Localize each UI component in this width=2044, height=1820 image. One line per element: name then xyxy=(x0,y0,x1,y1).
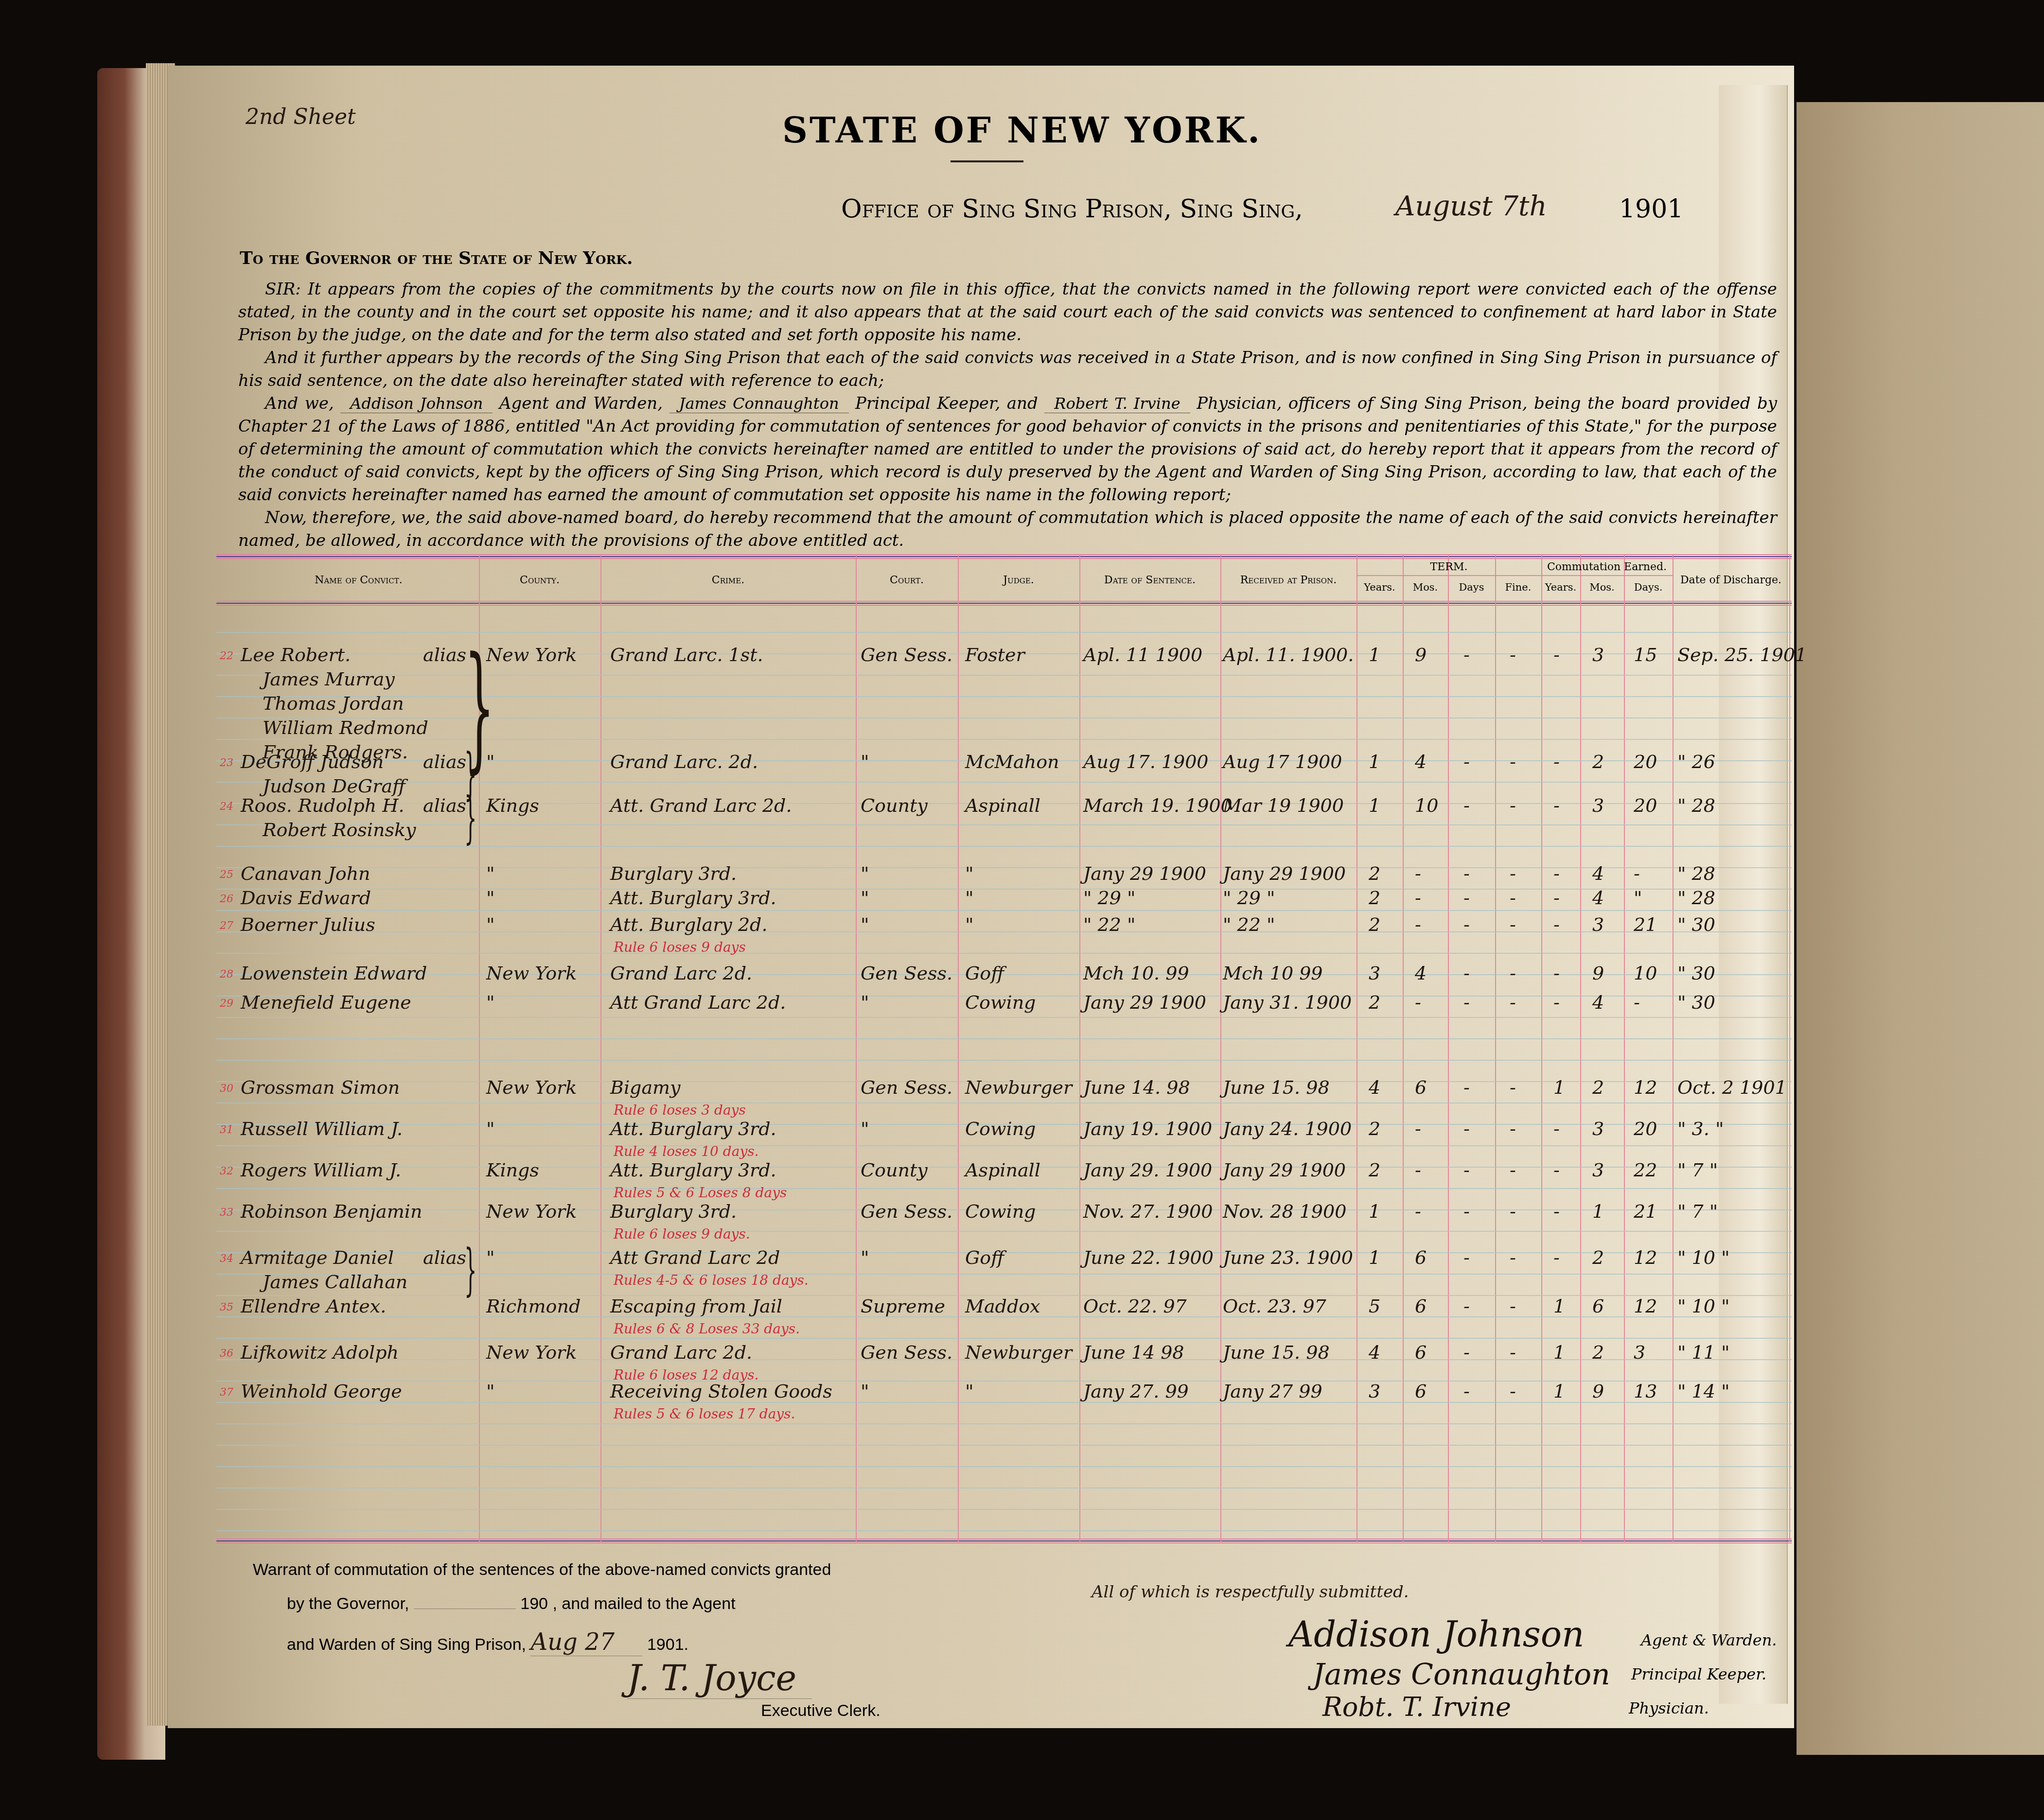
column-rule xyxy=(600,555,601,1542)
cell-court: " xyxy=(861,751,869,772)
cell-c-mos: 3 xyxy=(1592,795,1604,816)
cell-t-mos: 10 xyxy=(1415,795,1438,816)
cell-t-years: 4 xyxy=(1369,1342,1380,1363)
cell-t-fine: - xyxy=(1510,1077,1516,1098)
cell-c-years: - xyxy=(1553,1118,1560,1139)
column-rule xyxy=(1079,555,1080,1542)
physician-name-inline: Robert T. Irvine xyxy=(1044,394,1190,413)
column-rule xyxy=(1580,555,1581,1542)
warrant-line-1: Warrant of commutation of the sentences … xyxy=(253,1560,831,1579)
cell-judge: Aspinall xyxy=(965,1159,1040,1181)
agent-name-inline: Addison Johnson xyxy=(340,394,493,413)
cell-sentenced: Jany 29 1900 xyxy=(1083,992,1206,1013)
cell-c-years: 1 xyxy=(1553,1295,1565,1317)
cell-c-years: - xyxy=(1553,644,1560,665)
row-rule xyxy=(216,1231,1792,1232)
cell-t-days: - xyxy=(1463,962,1470,984)
preamble-p3-b: Agent and Warden, xyxy=(499,394,663,413)
cell-judge: Cowing xyxy=(965,1201,1036,1222)
cell-sentenced: Aug 17. 1900 xyxy=(1083,751,1209,772)
preamble-p4: Now, therefore, we, the said above-named… xyxy=(238,507,1777,552)
header-crime: Crime. xyxy=(600,560,856,600)
row-rule xyxy=(216,1017,1792,1018)
row-rule xyxy=(216,1487,1792,1488)
cell-county: " xyxy=(486,1381,494,1402)
cell-judge: Maddox xyxy=(965,1295,1040,1317)
alias-label: alias xyxy=(423,795,466,816)
cell-crime: Att. Grand Larc 2d. xyxy=(610,795,792,816)
alias-brace: } xyxy=(464,790,477,846)
header-date-of-sentence: Date of Sentence. xyxy=(1079,560,1220,600)
cell-t-fine: - xyxy=(1510,992,1516,1013)
cell-c-years: - xyxy=(1553,795,1560,816)
cell-t-days: - xyxy=(1463,1118,1470,1139)
cell-t-mos: - xyxy=(1415,914,1421,935)
cell-discharge: " 30 xyxy=(1677,914,1715,935)
cell-c-mos: 2 xyxy=(1592,1342,1604,1363)
conduct-note: Rule 6 loses 9 days xyxy=(614,939,746,955)
cell-t-years: 2 xyxy=(1369,1118,1380,1139)
cell-c-mos: 3 xyxy=(1592,644,1604,665)
cell-county: " xyxy=(486,914,494,935)
cell-received: " 29 " xyxy=(1223,887,1275,909)
header-comm-days: Days. xyxy=(1624,576,1673,598)
cell-t-fine: - xyxy=(1510,1159,1516,1181)
cell-c-days: " xyxy=(1634,887,1642,909)
cell-county: New York xyxy=(486,1342,577,1363)
cell-c-years: - xyxy=(1553,992,1560,1013)
cell-c-mos: 4 xyxy=(1592,887,1604,909)
cell-sentenced: March 19. 1900 xyxy=(1083,795,1233,816)
convict-name: DeGroff Judson xyxy=(241,751,384,772)
cell-sentenced: Jany 29. 1900 xyxy=(1083,1159,1212,1181)
cell-discharge: " 7 " xyxy=(1677,1201,1718,1222)
preamble-p3: And we, Addison Johnson Agent and Warden… xyxy=(238,392,1777,507)
column-rule xyxy=(856,555,857,1542)
alias-name: William Redmond xyxy=(263,717,428,738)
row-rule xyxy=(216,953,1792,954)
cell-discharge: Sep. 25. 1901 xyxy=(1677,644,1807,665)
cell-judge: Newburger xyxy=(965,1077,1072,1098)
cell-c-days: 22 xyxy=(1634,1159,1657,1181)
row-rule xyxy=(216,782,1792,783)
row-number: 28 xyxy=(220,968,233,980)
cell-c-mos: 2 xyxy=(1592,1247,1604,1268)
cell-county: Kings xyxy=(486,795,539,816)
cell-sentenced: Apl. 11 1900 xyxy=(1083,644,1202,665)
table-bottom-rule xyxy=(216,1539,1792,1543)
cell-sentenced: " 29 " xyxy=(1083,887,1135,909)
row-number: 24 xyxy=(220,801,233,813)
cell-received: Jany 24. 1900 xyxy=(1223,1118,1352,1139)
cell-t-years: 1 xyxy=(1369,1247,1380,1268)
cell-discharge: " 28 xyxy=(1677,795,1715,816)
row-rule xyxy=(216,1274,1792,1275)
cell-t-days: - xyxy=(1463,644,1470,665)
warrant-by-governor: by the Governor, xyxy=(287,1594,409,1613)
cell-t-mos: - xyxy=(1415,887,1421,909)
cell-court: " xyxy=(861,887,869,909)
row-number: 32 xyxy=(220,1165,233,1177)
cell-c-days: 21 xyxy=(1634,1201,1657,1222)
cell-discharge: " 10 " xyxy=(1677,1247,1729,1268)
header-received: Received at Prison. xyxy=(1220,560,1357,600)
cell-t-days: - xyxy=(1463,992,1470,1013)
column-rule xyxy=(1220,555,1221,1542)
cell-t-mos: - xyxy=(1415,1118,1421,1139)
cell-t-days: - xyxy=(1463,795,1470,816)
alias-name: Judson DeGraff xyxy=(263,775,405,797)
cell-t-days: - xyxy=(1463,863,1470,884)
cell-discharge: Oct. 2 1901 xyxy=(1677,1077,1787,1098)
cell-received: Jany 27 99 xyxy=(1223,1381,1322,1402)
cell-received: Oct. 23. 97 xyxy=(1223,1295,1326,1317)
office-line: Office of Sing Sing Prison, Sing Sing, xyxy=(841,194,1303,224)
header-term-mos: Mos. xyxy=(1403,576,1448,598)
cell-discharge: " 3. " xyxy=(1677,1118,1724,1139)
cell-court: Gen Sess. xyxy=(861,644,952,665)
cell-court: Gen Sess. xyxy=(861,1077,952,1098)
cell-c-mos: 1 xyxy=(1592,1201,1604,1222)
warrant-to-warden: and Warden of Sing Sing Prison, xyxy=(287,1635,526,1654)
conduct-note: Rule 6 loses 3 days xyxy=(614,1102,746,1118)
title-ornament xyxy=(951,160,1023,162)
cell-c-years: - xyxy=(1553,1201,1560,1222)
cell-received: June 15. 98 xyxy=(1223,1077,1330,1098)
cell-received: Jany 29 1900 xyxy=(1223,863,1346,884)
cell-court: Gen Sess. xyxy=(861,962,952,984)
cell-c-years: 1 xyxy=(1553,1342,1565,1363)
column-rule xyxy=(958,555,959,1542)
submitted-line: All of which is respectfully submitted. xyxy=(1092,1582,1409,1602)
role-agent: Agent & Warden. xyxy=(1641,1631,1777,1649)
cell-c-days: 21 xyxy=(1634,914,1657,935)
alias-name: James Callahan xyxy=(263,1271,407,1293)
keeper-name-inline: James Connaughton xyxy=(670,394,849,413)
row-rule xyxy=(216,1060,1792,1061)
warrant-date: Aug 27 xyxy=(530,1628,642,1656)
cell-crime: Receiving Stolen Goods xyxy=(610,1381,832,1402)
header-judge: Judge. xyxy=(958,560,1079,600)
cell-t-days: - xyxy=(1463,1077,1470,1098)
convict-name: Davis Edward xyxy=(241,887,371,909)
cell-t-fine: - xyxy=(1510,914,1516,935)
header-court: Court. xyxy=(856,560,958,600)
cell-c-mos: 4 xyxy=(1592,863,1604,884)
column-rule xyxy=(1357,555,1357,1542)
cell-t-mos: 6 xyxy=(1415,1295,1427,1317)
cell-received: Mch 10 99 xyxy=(1223,962,1323,984)
cell-c-years: - xyxy=(1553,887,1560,909)
convict-name: Weinhold George xyxy=(241,1381,402,1402)
cell-c-years: 1 xyxy=(1553,1077,1565,1098)
cell-court: " xyxy=(861,914,869,935)
warrant-line-3: and Warden of Sing Sing Prison, Aug 27 1… xyxy=(287,1628,688,1656)
cell-county: " xyxy=(486,992,494,1013)
convict-name: Menefield Eugene xyxy=(241,992,411,1013)
cell-sentenced: June 22. 1900 xyxy=(1083,1247,1214,1268)
cell-t-days: - xyxy=(1463,751,1470,772)
cell-t-fine: - xyxy=(1510,1247,1516,1268)
cell-discharge: " 30 xyxy=(1677,962,1715,984)
row-rule xyxy=(216,1338,1792,1339)
cell-t-days: - xyxy=(1463,1342,1470,1363)
header-comm-mos: Mos. xyxy=(1580,576,1624,598)
cell-c-years: - xyxy=(1553,1159,1560,1181)
cell-c-years: - xyxy=(1553,751,1560,772)
cell-c-mos: 9 xyxy=(1592,1381,1604,1402)
cell-c-years: 1 xyxy=(1553,1381,1565,1402)
cell-county: " xyxy=(486,887,494,909)
conduct-note: Rules 4-5 & 6 loses 18 days. xyxy=(614,1272,809,1288)
cell-t-fine: - xyxy=(1510,887,1516,909)
row-rule xyxy=(216,675,1792,676)
header-term-days: Days xyxy=(1448,576,1495,598)
cell-t-mos: - xyxy=(1415,992,1421,1013)
column-rule xyxy=(1403,555,1404,1542)
conduct-note: Rules 6 & 8 Loses 33 days. xyxy=(614,1321,800,1337)
cell-sentenced: Jany 19. 1900 xyxy=(1083,1118,1212,1139)
clerk-signature: J. T. Joyce xyxy=(627,1658,812,1699)
cell-t-days: - xyxy=(1463,1381,1470,1402)
cell-c-mos: 2 xyxy=(1592,1077,1604,1098)
warrant-line-2: by the Governor, 190 , and mailed to the… xyxy=(287,1594,736,1613)
column-rule xyxy=(1789,555,1790,1542)
cell-t-fine: - xyxy=(1510,863,1516,884)
cell-crime: Grand Larc. 1st. xyxy=(610,644,763,665)
convict-name: Lee Robert. xyxy=(241,644,351,665)
cell-c-years: - xyxy=(1553,914,1560,935)
cell-sentenced: Mch 10. 99 xyxy=(1083,962,1189,984)
cell-t-fine: - xyxy=(1510,1201,1516,1222)
cell-c-days: 10 xyxy=(1634,962,1657,984)
row-rule xyxy=(216,1530,1792,1531)
cell-c-days: 3 xyxy=(1634,1342,1645,1363)
cell-t-years: 1 xyxy=(1369,795,1380,816)
cell-discharge: " 30 xyxy=(1677,992,1715,1013)
cell-c-days: 20 xyxy=(1634,1118,1657,1139)
cell-t-fine: - xyxy=(1510,1342,1516,1363)
role-keeper: Principal Keeper. xyxy=(1631,1665,1766,1683)
cell-received: Apl. 11. 1900. xyxy=(1223,644,1354,665)
cell-c-mos: 3 xyxy=(1592,1118,1604,1139)
cell-court: County xyxy=(861,1159,928,1181)
cell-discharge: " 26 xyxy=(1677,751,1715,772)
office-date: August 7th xyxy=(1395,191,1547,222)
cell-t-mos: 4 xyxy=(1415,962,1427,984)
cell-received: Jany 31. 1900 xyxy=(1223,992,1352,1013)
cell-t-days: - xyxy=(1463,1247,1470,1268)
row-rule xyxy=(216,1145,1792,1146)
row-number: 22 xyxy=(220,650,233,662)
cell-crime: Att. Burglary 3rd. xyxy=(610,1159,776,1181)
cell-c-days: 15 xyxy=(1634,644,1657,665)
row-number: 31 xyxy=(220,1124,233,1136)
cell-t-mos: 6 xyxy=(1415,1077,1427,1098)
cell-c-days: - xyxy=(1634,992,1640,1013)
cell-county: New York xyxy=(486,1077,577,1098)
preamble: SIR: It appears from the copies of the c… xyxy=(238,278,1777,552)
convict-name: Grossman Simon xyxy=(241,1077,400,1098)
row-rule xyxy=(216,1509,1792,1510)
cell-judge: " xyxy=(965,914,973,935)
column-rule xyxy=(1673,555,1674,1542)
row-rule xyxy=(216,1445,1792,1446)
cell-judge: " xyxy=(965,887,973,909)
cell-county: " xyxy=(486,1118,494,1139)
row-number: 25 xyxy=(220,869,233,881)
column-rule xyxy=(1541,555,1542,1542)
cell-sentenced: " 22 " xyxy=(1083,914,1135,935)
cell-t-fine: - xyxy=(1510,1118,1516,1139)
cell-county: New York xyxy=(486,644,577,665)
convict-name: Ellendre Antex. xyxy=(241,1295,386,1317)
cell-t-mos: 6 xyxy=(1415,1247,1427,1268)
cell-county: " xyxy=(486,1247,494,1268)
cell-t-mos: - xyxy=(1415,1159,1421,1181)
row-rule xyxy=(216,717,1792,718)
cell-sentenced: Jany 27. 99 xyxy=(1083,1381,1189,1402)
cell-t-years: 1 xyxy=(1369,751,1380,772)
cell-crime: Att Grand Larc 2d. xyxy=(610,992,786,1013)
header-term-years: Years. xyxy=(1357,576,1403,598)
row-number: 29 xyxy=(220,997,233,1010)
cell-t-years: 2 xyxy=(1369,992,1380,1013)
cell-judge: " xyxy=(965,863,973,884)
cell-county: Kings xyxy=(486,1159,539,1181)
column-rule xyxy=(1448,555,1449,1542)
cell-c-mos: 4 xyxy=(1592,992,1604,1013)
cell-court: " xyxy=(861,863,869,884)
cell-crime: Grand Larc. 2d. xyxy=(610,751,758,772)
cell-received: Mar 19 1900 xyxy=(1223,795,1344,816)
row-number: 33 xyxy=(220,1207,233,1219)
cell-crime: Att. Burglary 2d. xyxy=(610,914,767,935)
preamble-p1: SIR: It appears from the copies of the c… xyxy=(238,278,1777,347)
addressee: To the Governor of the State of New York… xyxy=(240,248,633,268)
cell-sentenced: Oct. 22. 97 xyxy=(1083,1295,1187,1317)
cell-crime: Att Grand Larc 2d xyxy=(610,1247,780,1268)
preamble-p3-c: Principal Keeper, and xyxy=(855,394,1038,413)
cell-t-years: 3 xyxy=(1369,962,1380,984)
cell-discharge: " 11 " xyxy=(1677,1342,1729,1363)
cell-c-mos: 6 xyxy=(1592,1295,1604,1317)
cell-judge: Goff xyxy=(965,1247,1004,1268)
page-title: STATE OF NEW YORK. xyxy=(0,109,2044,151)
convict-name: Robinson Benjamin xyxy=(241,1201,422,1222)
row-rule xyxy=(216,1423,1792,1424)
alias-name: Robert Rosinsky xyxy=(263,819,416,840)
convict-name: Canavan John xyxy=(241,863,370,884)
row-number: 37 xyxy=(220,1386,233,1399)
cell-court: " xyxy=(861,1247,869,1268)
cell-t-days: - xyxy=(1463,1295,1470,1317)
cell-c-years: - xyxy=(1553,1247,1560,1268)
cell-sentenced: June 14. 98 xyxy=(1083,1077,1190,1098)
facing-blank-page xyxy=(1797,102,2044,1755)
preamble-p3-a: And we, xyxy=(265,394,334,413)
cell-c-mos: 9 xyxy=(1592,962,1604,984)
clerk-title: Executive Clerk. xyxy=(761,1701,881,1720)
alias-name: Thomas Jordan xyxy=(263,693,404,714)
cell-t-mos: 6 xyxy=(1415,1342,1427,1363)
row-number: 36 xyxy=(220,1347,233,1360)
alias-name: James Murray xyxy=(263,668,395,690)
row-rule xyxy=(216,739,1792,740)
row-rule xyxy=(216,1402,1792,1403)
signature-physician: Robt. T. Irvine xyxy=(1322,1692,1511,1722)
cell-county: " xyxy=(486,863,494,884)
cell-judge: Cowing xyxy=(965,1118,1036,1139)
row-rule xyxy=(216,824,1792,825)
convict-name: Roos. Rudolph H. xyxy=(241,795,405,816)
convict-name: Russell William J. xyxy=(241,1118,403,1139)
cell-court: " xyxy=(861,992,869,1013)
cell-judge: Goff xyxy=(965,962,1004,984)
cell-t-years: 2 xyxy=(1369,1159,1380,1181)
cell-t-years: 2 xyxy=(1369,863,1380,884)
cell-t-years: 3 xyxy=(1369,1381,1380,1402)
convict-name: Lifkowitz Adolph xyxy=(241,1342,399,1363)
convict-name: Boerner Julius xyxy=(241,914,375,935)
warrant-year: 1901. xyxy=(647,1635,688,1654)
cell-t-years: 5 xyxy=(1369,1295,1380,1317)
cell-t-mos: - xyxy=(1415,863,1421,884)
cell-t-fine: - xyxy=(1510,751,1516,772)
row-rule xyxy=(216,1188,1792,1189)
row-rule xyxy=(216,910,1792,911)
cell-c-days: 12 xyxy=(1634,1247,1657,1268)
cell-t-fine: - xyxy=(1510,962,1516,984)
cell-c-days: 12 xyxy=(1634,1295,1657,1317)
row-number: 34 xyxy=(220,1253,233,1265)
alias-label: alias xyxy=(423,751,466,772)
cell-discharge: " 7 " xyxy=(1677,1159,1718,1181)
convict-name: Rogers William J. xyxy=(241,1159,401,1181)
conduct-note: Rules 5 & 6 Loses 8 days xyxy=(614,1185,787,1201)
office-year: 1901 xyxy=(1619,194,1683,224)
row-number: 26 xyxy=(220,893,233,905)
conduct-note: Rule 4 loses 10 days. xyxy=(614,1143,759,1159)
cell-t-mos: - xyxy=(1415,1201,1421,1222)
row-number: 35 xyxy=(220,1301,233,1313)
cell-judge: McMahon xyxy=(965,751,1059,772)
cell-court: Gen Sess. xyxy=(861,1201,952,1222)
cell-t-years: 1 xyxy=(1369,644,1380,665)
column-rule xyxy=(1495,555,1496,1542)
cell-county: " xyxy=(486,751,494,772)
cell-county: Richmond xyxy=(486,1295,581,1317)
cell-crime: Att. Burglary 3rd. xyxy=(610,1118,776,1139)
cell-received: " 22 " xyxy=(1223,914,1275,935)
cell-t-fine: - xyxy=(1510,644,1516,665)
row-rule xyxy=(216,846,1792,847)
cell-t-days: - xyxy=(1463,914,1470,935)
cell-judge: Aspinall xyxy=(965,795,1040,816)
alias-label: alias xyxy=(423,644,466,665)
cell-t-years: 4 xyxy=(1369,1077,1380,1098)
cell-discharge: " 28 xyxy=(1677,887,1715,909)
alias-brace: } xyxy=(464,1242,477,1298)
cell-c-days: - xyxy=(1634,863,1640,884)
signature-keeper: James Connaughton xyxy=(1313,1658,1610,1692)
row-number: 23 xyxy=(220,757,233,769)
warrant-mailed: , and mailed to the Agent xyxy=(552,1594,735,1613)
convict-name: Armitage Daniel xyxy=(241,1247,394,1268)
header-name: Name of Convict. xyxy=(238,560,479,600)
row-rule xyxy=(216,1466,1792,1467)
cell-court: Gen Sess. xyxy=(861,1342,952,1363)
